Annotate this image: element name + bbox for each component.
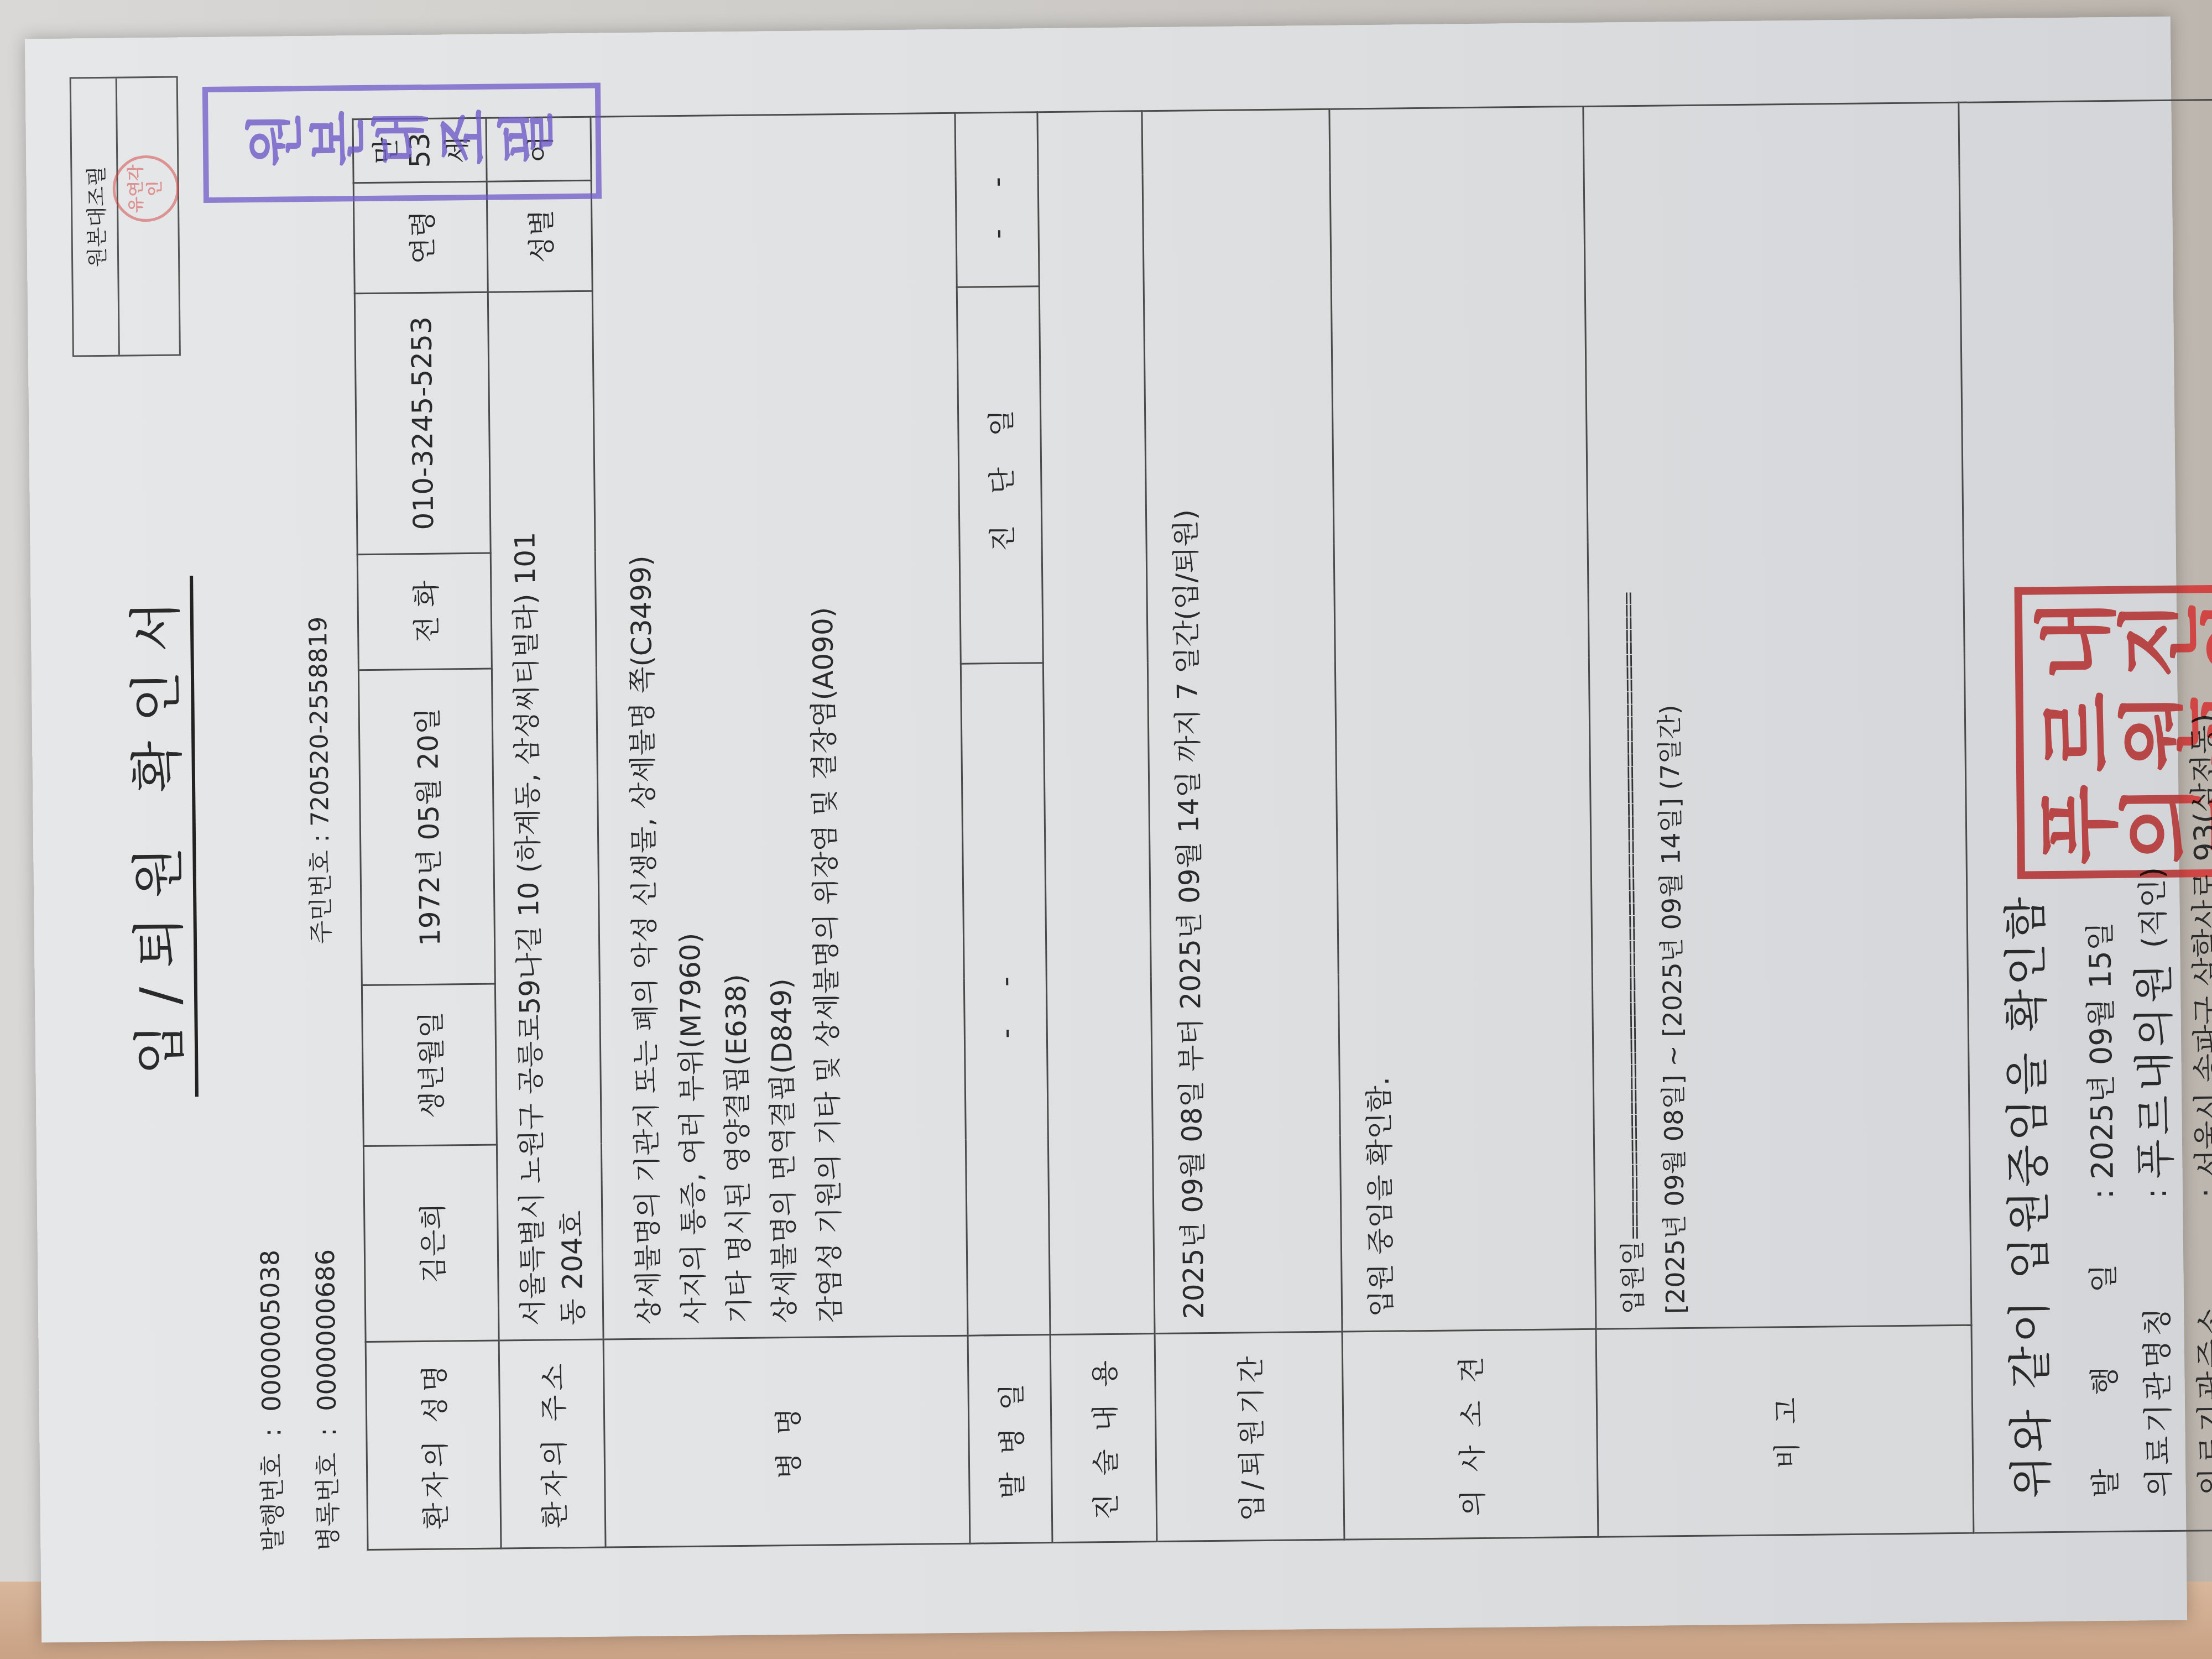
original-check-label: 원본대조필 (71, 79, 120, 356)
document-page: 입/퇴원 확인서 원본대조필 유연각인 원본대조필 발행번호: 00000050… (25, 17, 2187, 1642)
diagnosis-date-label: 진 단 일 (957, 286, 1043, 664)
patient-dob: 1972년 05월 20일 (358, 669, 495, 985)
opinion-label: 의 사 소 견 (1342, 1329, 1598, 1540)
patient-address: 서울특별시 노원구 공릉로59나길 10 (하계동, 삼성씨티빌라) 101 동… (488, 291, 603, 1340)
hospital-seal-stamp: 푸 르 내 의 원 진 료 병 원 (2015, 584, 2212, 879)
diagnosis-label: 병 명 (603, 1335, 970, 1547)
doctor-opinion: 입원 중임을 확인함. (1329, 106, 1596, 1331)
diagnosis-date: - - (955, 112, 1039, 288)
original-check-box: 원본대조필 유연각인 (70, 76, 181, 357)
admission-date-label: 입원일 (1618, 1240, 1648, 1314)
phone-label: 전 화 (357, 553, 492, 670)
onset-date: - - (961, 663, 1050, 1335)
dob-label: 생년월일 (362, 984, 497, 1146)
onset-label: 발 병 일 (968, 1334, 1052, 1543)
patient-name: 김은희 (363, 1145, 499, 1342)
issue-number: 0000005038 (242, 1249, 299, 1412)
remarks-label: 비 고 (1596, 1325, 1974, 1537)
name-label: 환자의 성명 (366, 1340, 501, 1550)
period-label: 입/퇴원기간 (1155, 1332, 1344, 1542)
resident-number: 720520-2558819 (304, 617, 335, 827)
patient-info-table: 환자의 성명 김은희 생년월일 1972년 05월 20일 전 화 010-32… (352, 102, 1974, 1551)
record-number: 0000000686 (298, 1249, 354, 1411)
issue-date: 2025년 09월 15일 (2074, 922, 2130, 1180)
admission-period: 2025년 09월 08일 부터 2025년 09월 14일 까지 7 일간(입… (1142, 109, 1342, 1333)
copy-verify-seal: 유연각인 (112, 155, 179, 222)
remarks: 입원일=====================================… (1583, 102, 1971, 1329)
diagnosis-list: 상세불명의 기관지 또는 폐의 악성 신생물, 상세불명 쪽(C3499) 사지… (591, 113, 968, 1339)
document-meta: 발행번호: 0000005038 병록번호: 0000000686 주민번호 :… (230, 118, 356, 1552)
surgery-value (1037, 111, 1155, 1334)
patient-phone: 010-3245-5253 (354, 292, 491, 554)
address-label: 환자의 주소 (499, 1339, 606, 1548)
issuer-section: 위와 같이 입원중임을 확인함 발 행 일: 2025년 09월 15일 의료기… (1959, 96, 2212, 1533)
hospital-name: 푸르내의원 (2127, 959, 2183, 1179)
surgery-label: 진 술 내 용 (1050, 1333, 1157, 1542)
